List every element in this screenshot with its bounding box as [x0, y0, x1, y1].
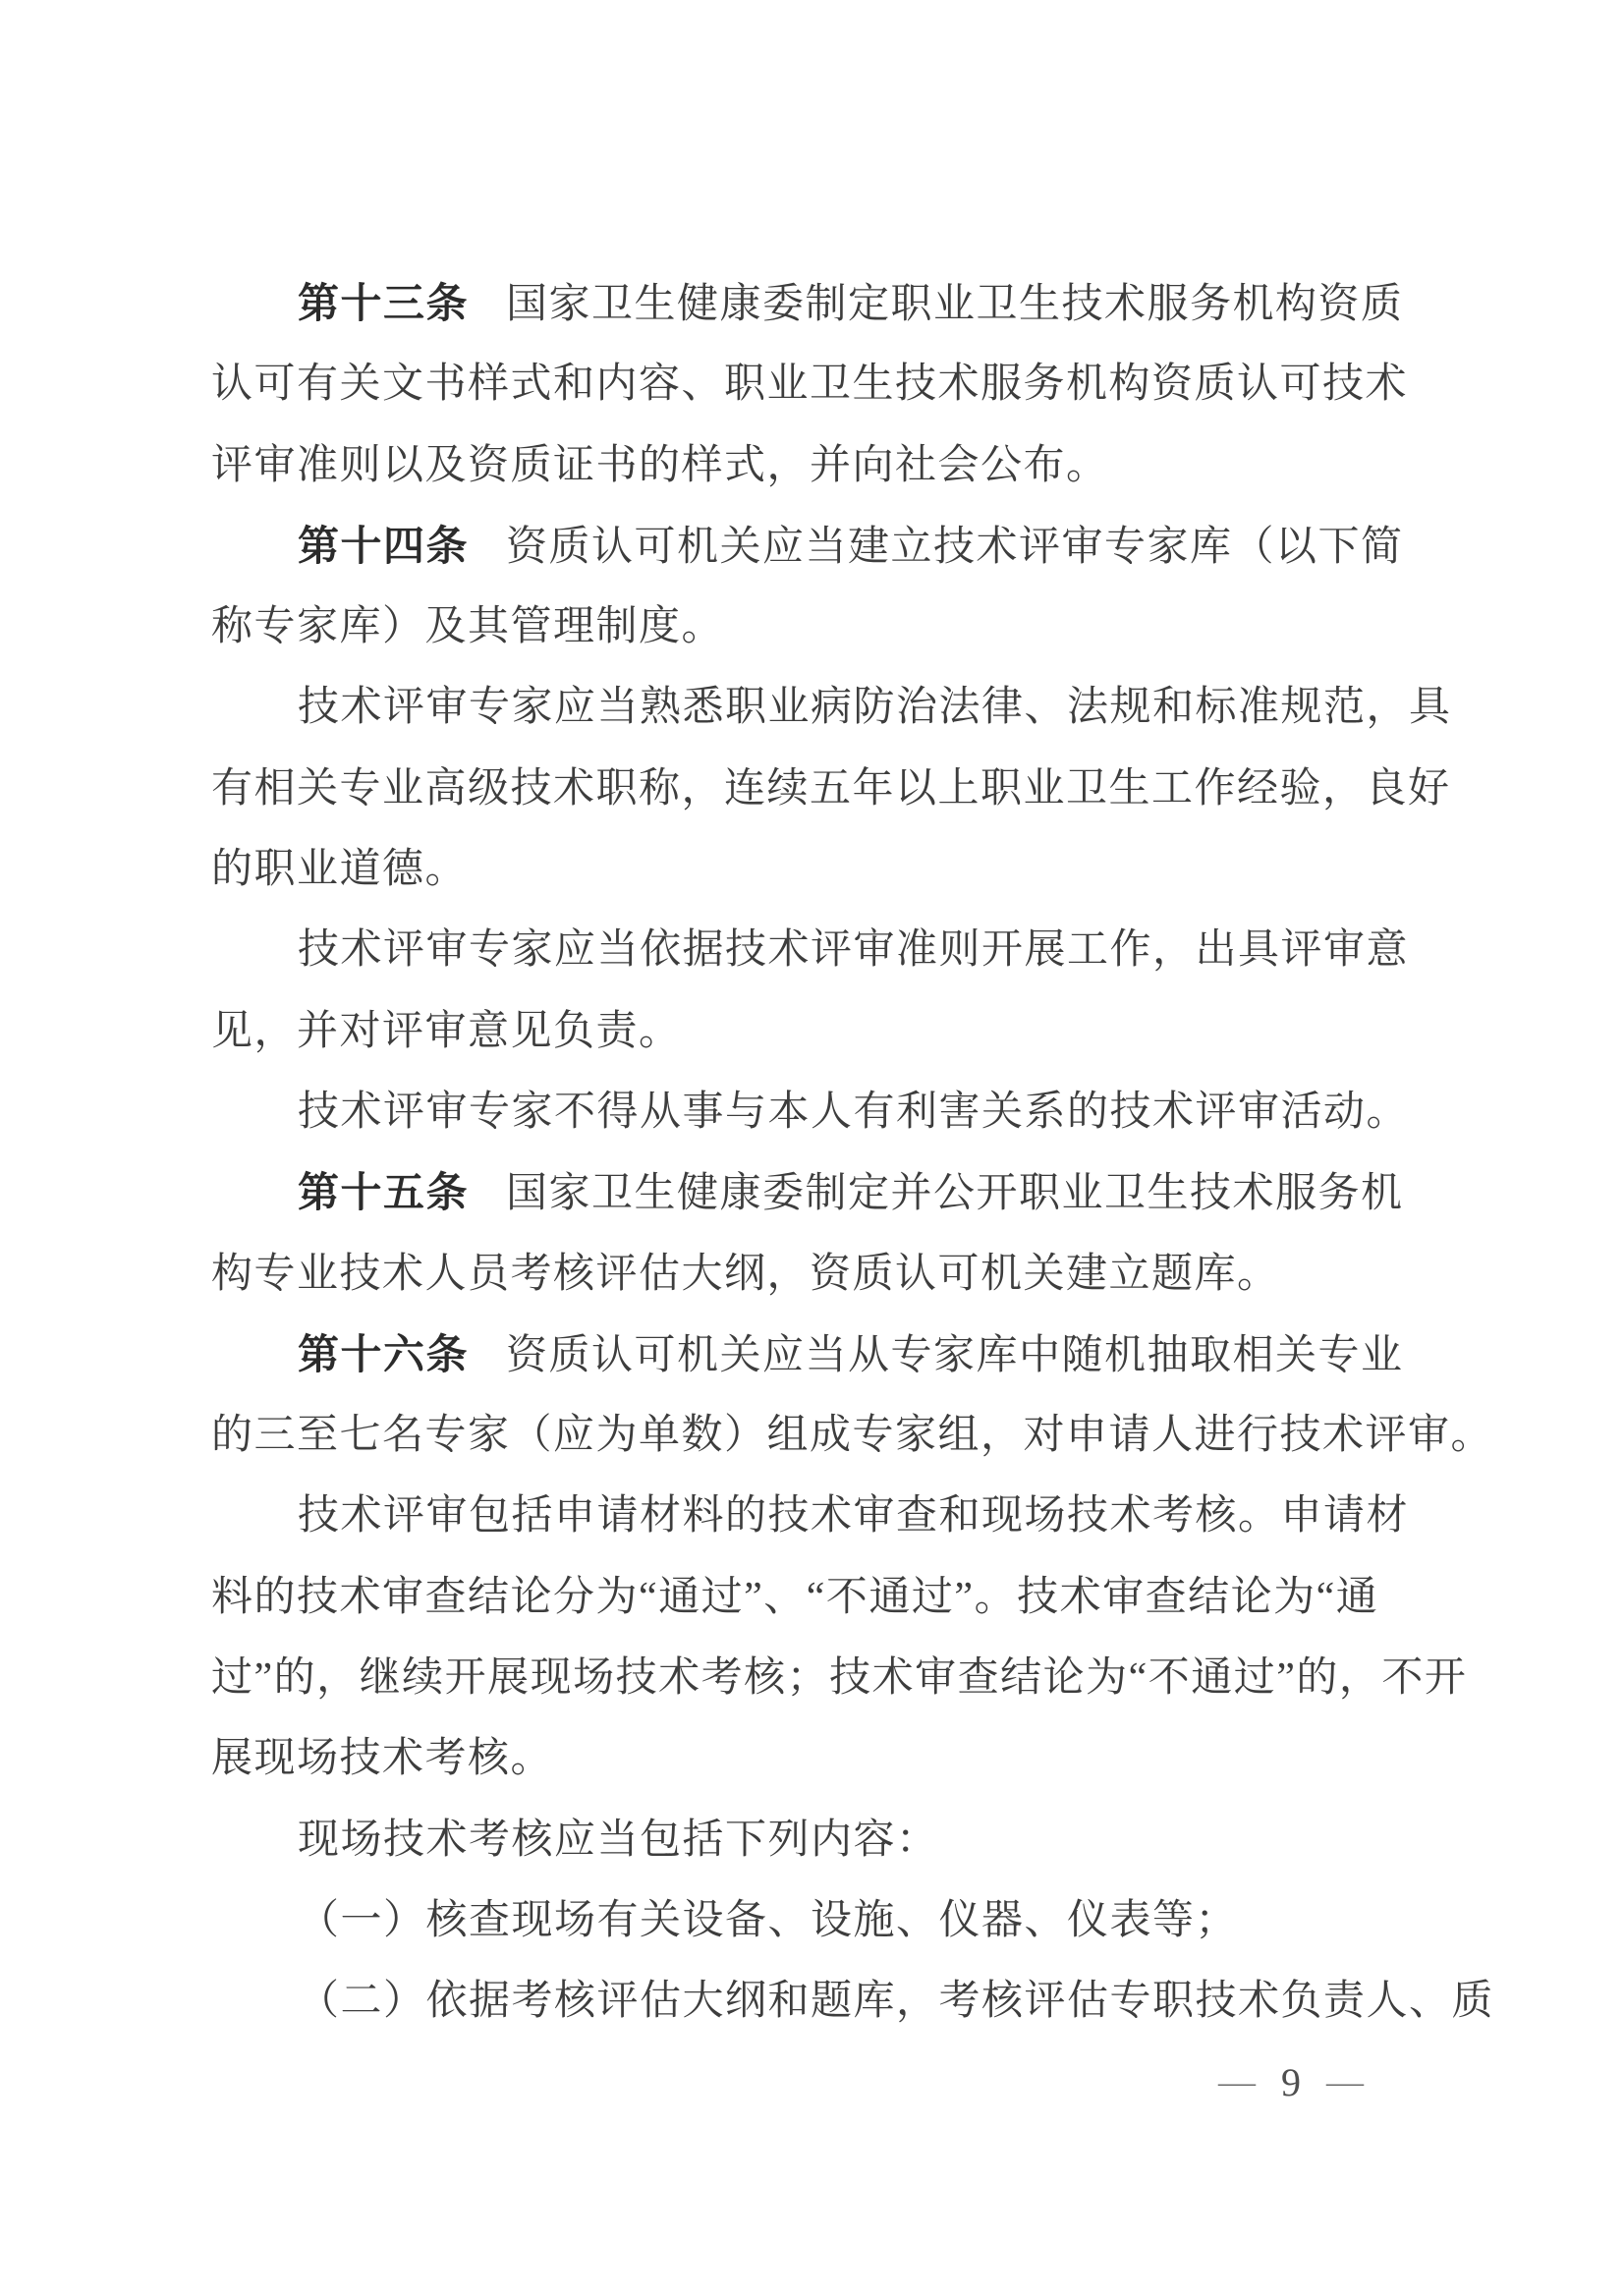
list-item: （二）依据考核评估大纲和题库，考核评估专职技术负责人、质 [211, 1961, 1429, 2042]
article-text: 国家卫生健康委制定职业卫生技术服务机构资质 [506, 282, 1404, 327]
text-line: 技术评审包括申请材料的技术审查和现场技术考核。申请材 [211, 1476, 1429, 1556]
text-line: 第十四条资质认可机关应当建立技术评审专家库（以下简 [211, 506, 1429, 587]
text-line: 现场技术考核应当包括下列内容： [211, 1800, 1429, 1880]
document-page: 第十三条国家卫生健康委制定职业卫生技术服务机构资质 认可有关文书样式和内容、职业… [0, 0, 1624, 2295]
list-item: （一）核查现场有关设备、设施、仪器、仪表等； [211, 1880, 1429, 1961]
text-line: 第十六条资质认可机关应当从专家库中随机抽取相关专业 [211, 1315, 1429, 1395]
article-text: 国家卫生健康委制定并公开职业卫生技术服务机 [506, 1171, 1404, 1216]
footer-dash: — [1326, 2065, 1364, 2099]
text-line: 称专家库）及其管理制度。 [211, 587, 1429, 667]
text-line: 认可有关文书样式和内容、职业卫生技术服务机构资质认可技术 [211, 344, 1429, 424]
text-line: 展现场技术考核。 [211, 1718, 1429, 1799]
text-line: 料的技术审查结论分为“通过”、“不通过”。技术审查结论为“通 [211, 1557, 1429, 1638]
text-line: 第十五条国家卫生健康委制定并公开职业卫生技术服务机 [211, 1152, 1429, 1233]
text-line: 技术评审专家应当依据技术评审准则开展工作，出具评审意 [211, 910, 1429, 990]
text-line: 见，并对评审意见负责。 [211, 991, 1429, 1072]
text-line: 技术评审专家不得从事与本人有利害关系的技术评审活动。 [211, 1072, 1429, 1152]
text-line: 的三至七名专家（应为单数）组成专家组，对申请人进行技术评审。 [211, 1395, 1429, 1476]
text-line: 评审准则以及资质证书的样式，并向社会公布。 [211, 425, 1429, 506]
document-body: 第十三条国家卫生健康委制定职业卫生技术服务机构资质 认可有关文书样式和内容、职业… [211, 263, 1429, 2043]
page-number: 9 [1281, 2059, 1301, 2105]
text-line: 技术评审专家应当熟悉职业病防治法律、法规和标准规范，具 [211, 667, 1429, 748]
footer-dash: — [1218, 2065, 1256, 2099]
article-number: 第十五条 [298, 1169, 469, 1215]
text-line: 构专业技术人员考核评估大纲，资质认可机关建立题库。 [211, 1234, 1429, 1315]
text-line: 第十三条国家卫生健康委制定职业卫生技术服务机构资质 [211, 263, 1429, 344]
text-line: 有相关专业高级技术职称，连续五年以上职业卫生工作经验，良好 [211, 749, 1429, 829]
text-line: 过”的，继续开展现场技术考核；技术审查结论为“不通过”的，不开 [211, 1638, 1429, 1718]
article-number: 第十三条 [298, 280, 469, 326]
article-text: 资质认可机关应当建立技术评审专家库（以下简 [506, 525, 1404, 570]
article-number: 第十六条 [298, 1331, 469, 1377]
article-number: 第十四条 [298, 523, 469, 569]
text-line: 的职业道德。 [211, 829, 1429, 910]
page-footer: — 9 — [1218, 2059, 1364, 2105]
article-text: 资质认可机关应当从专家库中随机抽取相关专业 [506, 1333, 1404, 1378]
